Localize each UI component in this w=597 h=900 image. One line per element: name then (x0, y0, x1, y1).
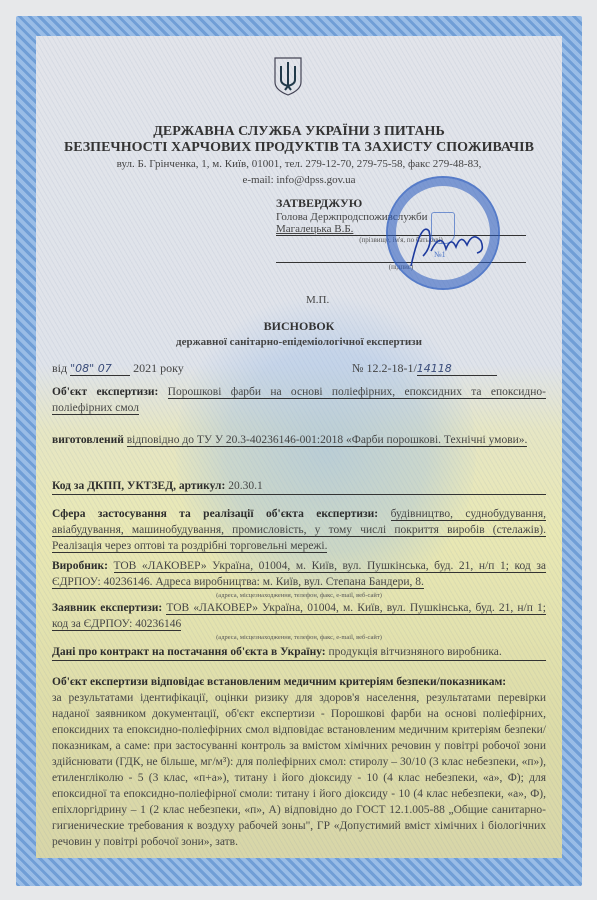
document-photo: ДЕРЖАВНА СЛУЖБА УКРАЇНИ З ПИТАНЬ БЕЗПЕЧН… (0, 0, 597, 900)
object-section: Об'єкт експертизи: Порошкові фарби на ос… (52, 384, 546, 416)
signature-icon (401, 211, 491, 271)
date-year: 2021 року (133, 361, 184, 375)
date-number-line: від "08" 07 2021 року № 12.2-18-1/14118 (52, 361, 552, 376)
date-handwritten: "08" 07 (70, 362, 130, 376)
agency-address: вул. Б. Грінченка, 1, м. Київ, 01001, те… (36, 158, 562, 170)
trident-emblem-icon (273, 56, 303, 96)
address-caption-1: (адреса, місцезнаходження, телефон, факс… (52, 592, 546, 599)
agency-name-line2: БЕЗПЕЧНОСТІ ХАРЧОВИХ ПРОДУКТІВ ТА ЗАХИСТ… (36, 140, 562, 156)
date-prefix: від (52, 361, 67, 375)
scope-section: Сфера застосування та реалізації об'єкта… (52, 506, 546, 554)
conclusion-heading: Об'єкт експертизи відповідає встановлени… (52, 674, 546, 690)
manufacturer-section: Виробник: ТОВ «ЛАКОВЕР» Україна, 01004, … (52, 558, 546, 590)
document-number: № 12.2-18-1/14118 (352, 361, 497, 376)
conclusion-body: за результатами ідентифікації, оцінки ри… (52, 690, 546, 850)
code-section: Код за ДКПП, УКТЗЕД, артикул: 20.30.1 (52, 478, 546, 495)
document-subtitle: державної санітарно-епідеміологічної екс… (36, 336, 562, 348)
document-title: ВИСНОВОК (36, 319, 562, 334)
applicant-section: Заявник експертизи: ТОВ «ЛАКОВЕР» Україн… (52, 600, 546, 632)
number-handwritten: 14118 (417, 362, 497, 376)
agency-email: e-mail: info@dpss.gov.ua (36, 174, 562, 186)
contract-section: Дані про контракт на постачання об'єкта … (52, 644, 546, 661)
address-caption-2: (адреса, місцезнаходження, телефон, факс… (52, 634, 546, 641)
agency-name-line1: ДЕРЖАВНА СЛУЖБА УКРАЇНИ З ПИТАНЬ (36, 124, 562, 140)
stamp-place-mark: М.П. (306, 294, 329, 306)
document-body: ДЕРЖАВНА СЛУЖБА УКРАЇНИ З ПИТАНЬ БЕЗПЕЧН… (36, 36, 562, 858)
manufactured-section: виготовлений відповідно до ТУ У 20.3-402… (52, 432, 546, 448)
